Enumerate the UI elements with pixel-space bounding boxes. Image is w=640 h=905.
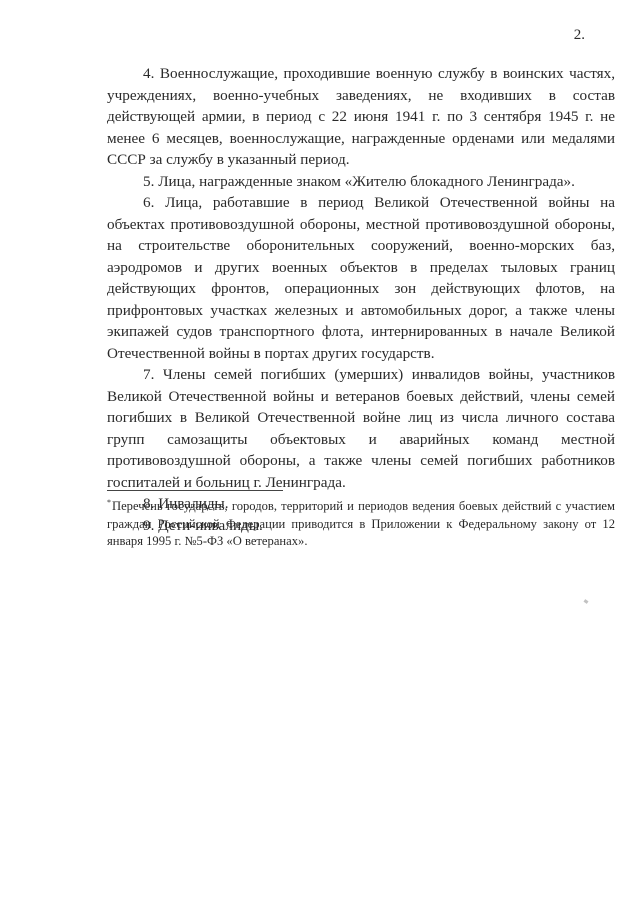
document-body: 4. Военнослужащие, проходившие военную с… <box>107 63 615 536</box>
page-number: 2. <box>574 27 585 44</box>
scan-artifact <box>584 599 589 604</box>
paragraph-item-4: 4. Военнослужащие, проходившие военную с… <box>107 63 615 171</box>
paragraph-item-6: 6. Лица, работавшие в период Великой Оте… <box>107 192 615 364</box>
paragraph-number: 7. <box>143 366 154 383</box>
footnote-divider <box>107 490 283 491</box>
paragraph-text: Лица, работавшие в период Великой Отечес… <box>107 194 615 362</box>
paragraph-text: Военнослужащие, проходившие военную служ… <box>107 65 615 168</box>
paragraph-text: Члены семей погибших (умерших) инвалидов… <box>107 366 615 491</box>
footnote-text: Перечень государств, городов, территорий… <box>107 499 615 548</box>
paragraph-item-5: 5. Лица, награжденные знаком «Жителю бло… <box>107 171 615 193</box>
footnote-marker: * <box>107 498 111 507</box>
paragraph-number: 5. <box>143 173 154 190</box>
paragraph-item-7: 7. Члены семей погибших (умерших) инвали… <box>107 364 615 493</box>
paragraph-number: 4. <box>143 65 154 82</box>
paragraph-number: 6. <box>143 194 154 211</box>
paragraph-text: Лица, награжденные знаком «Жителю блокад… <box>158 173 575 190</box>
footnote: *Перечень государств, городов, территори… <box>107 494 615 551</box>
